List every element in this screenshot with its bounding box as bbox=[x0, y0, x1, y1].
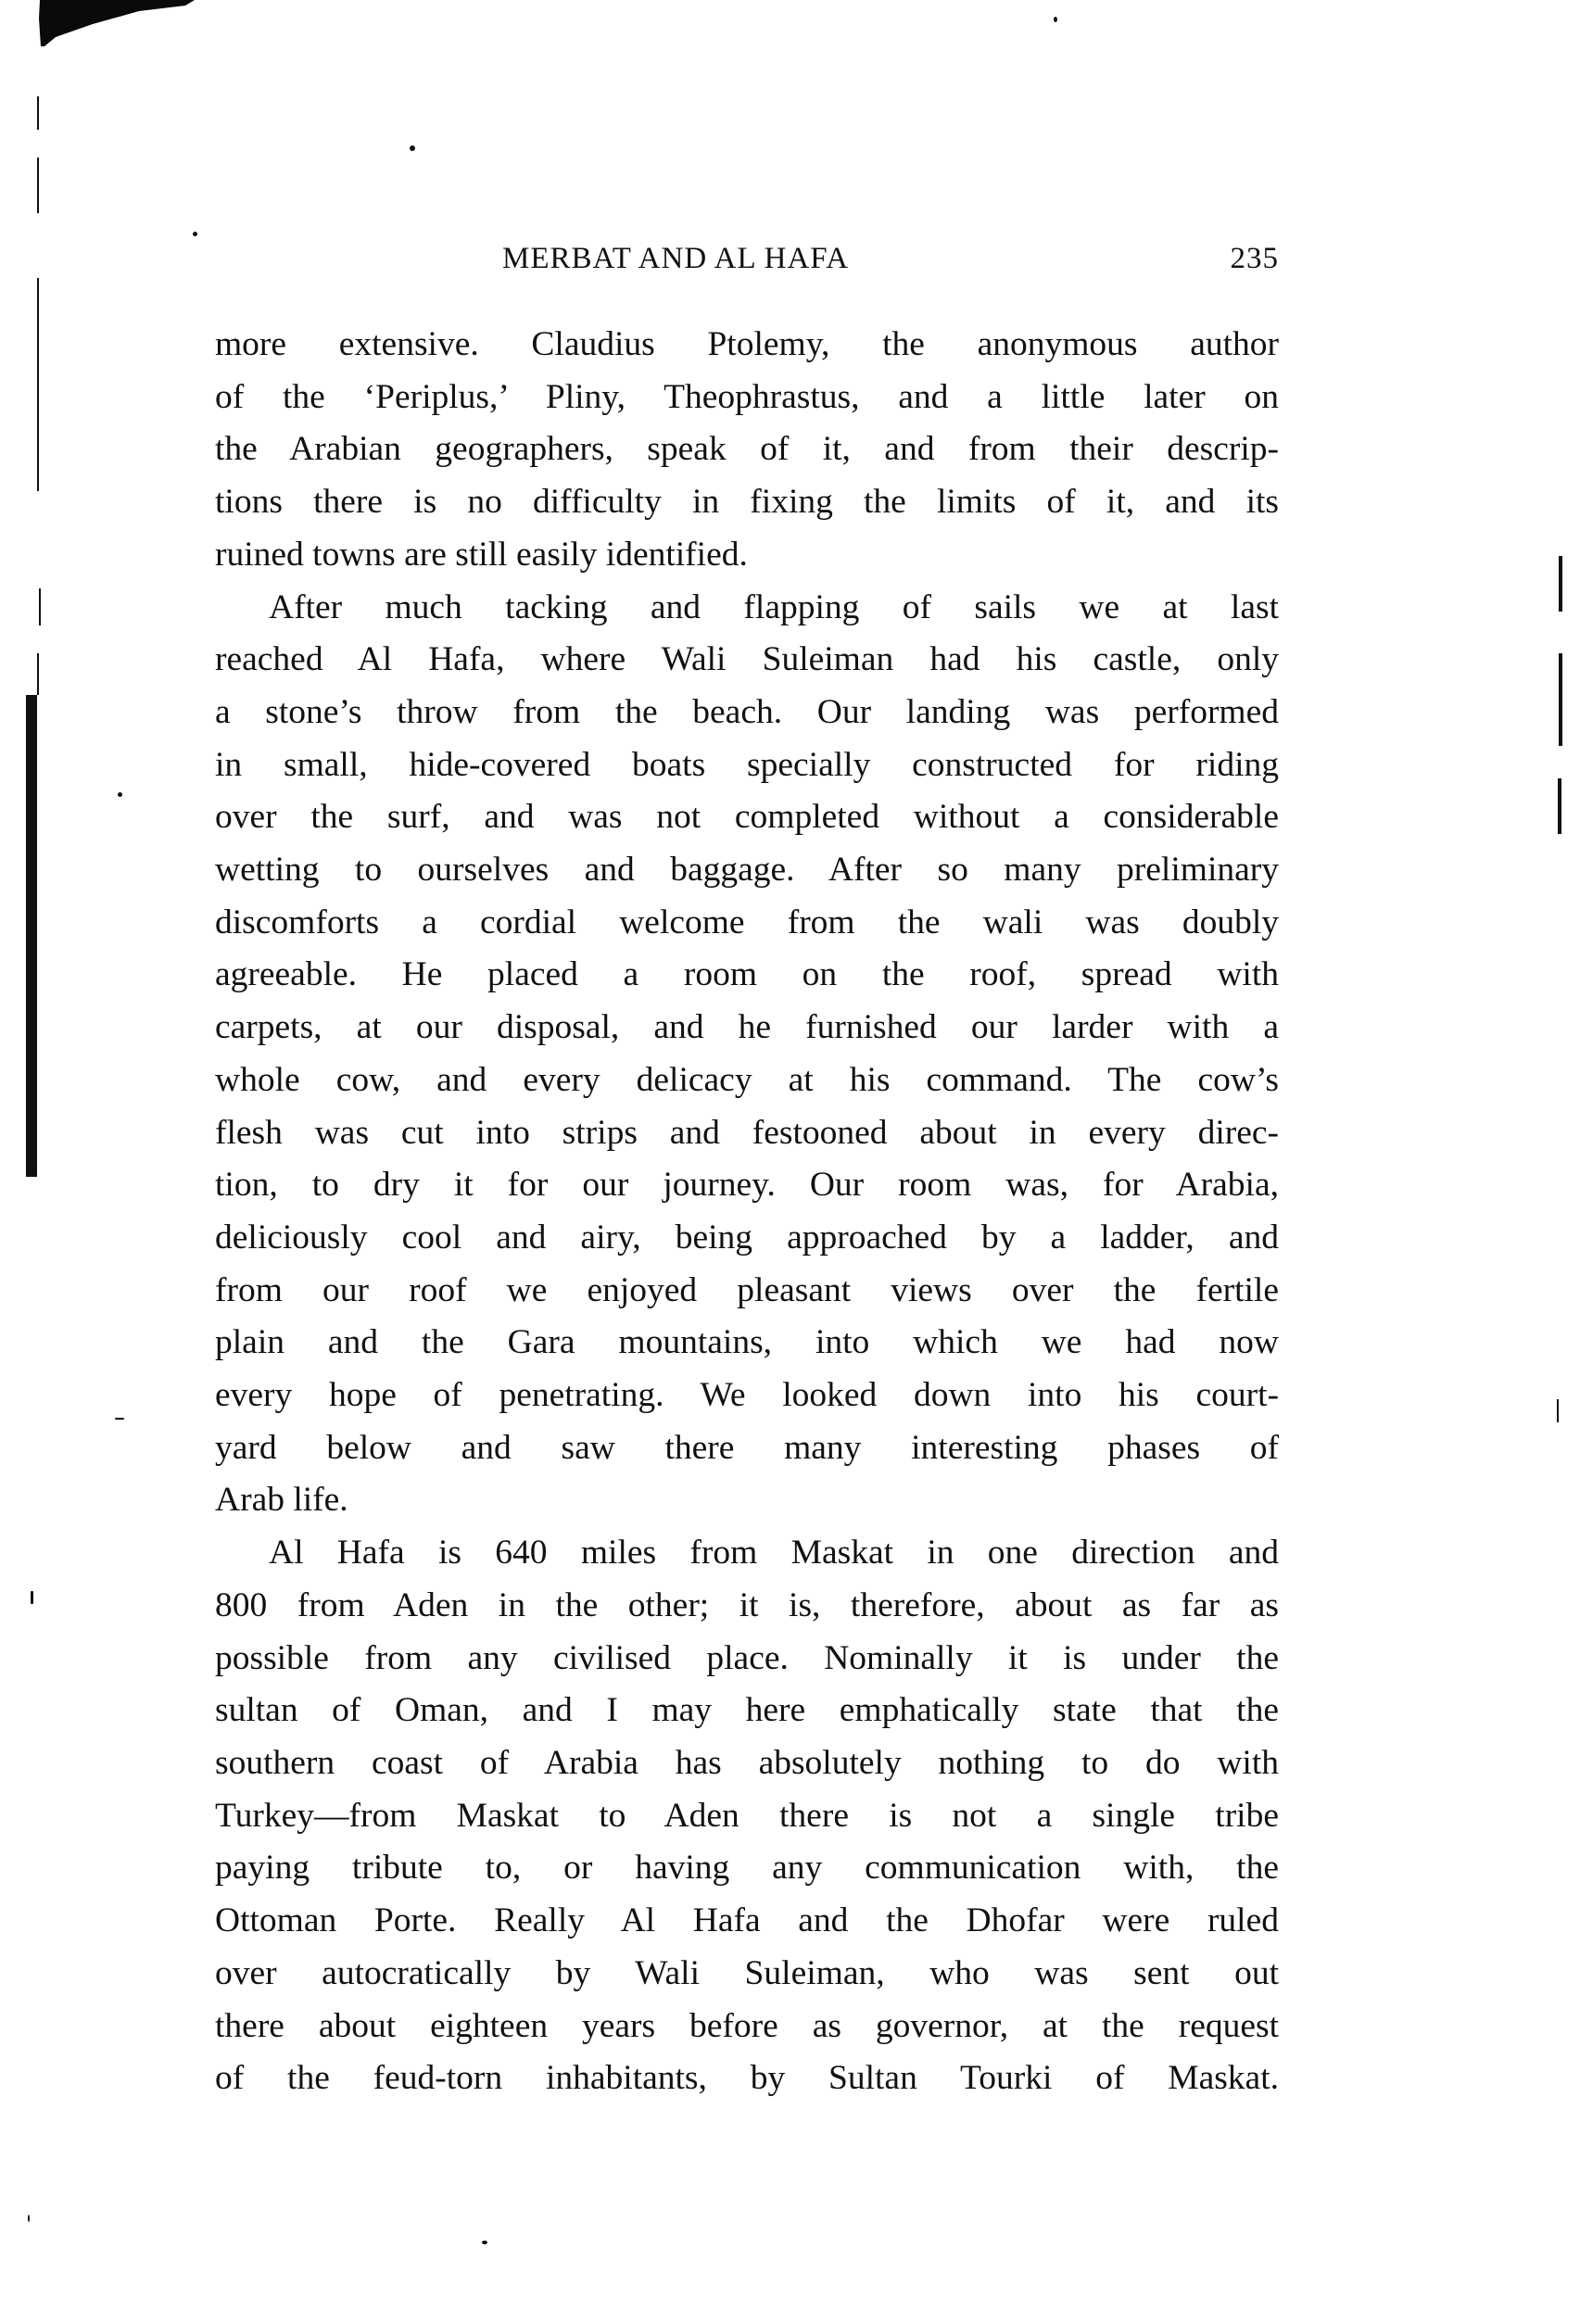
edge-mark bbox=[1559, 653, 1562, 746]
text-line: reached Al Hafa, where Wali Suleiman had… bbox=[215, 634, 1279, 687]
text-line: wetting to ourselves and baggage. After … bbox=[215, 844, 1279, 897]
ink-speck bbox=[115, 1418, 124, 1420]
text-line: discomforts a cordial welcome from the w… bbox=[215, 897, 1279, 950]
text-line: a stone’s throw from the beach. Our land… bbox=[215, 687, 1279, 739]
text-line: more extensive. Claudius Ptolemy, the an… bbox=[215, 319, 1279, 372]
ink-speck bbox=[1054, 17, 1057, 22]
ink-speck bbox=[28, 2215, 30, 2222]
ink-speck bbox=[410, 145, 415, 151]
text-line: deliciously cool and airy, being approac… bbox=[215, 1212, 1279, 1265]
text-line: possible from any civilised place. Nomin… bbox=[215, 1633, 1279, 1686]
running-title: MERBAT AND AL HAFA bbox=[502, 242, 849, 276]
binding-shadow-line bbox=[37, 158, 39, 213]
text-line: Ottoman Porte. Really Al Hafa and the Dh… bbox=[215, 1895, 1279, 1948]
text-line: Turkey—from Maskat to Aden there is not … bbox=[215, 1790, 1279, 1843]
binding-shadow-line bbox=[39, 588, 41, 625]
text-line: 800 from Aden in the other; it is, there… bbox=[215, 1580, 1279, 1633]
text-line: from our roof we enjoyed pleasant views … bbox=[215, 1265, 1279, 1318]
text-line: southern coast of Arabia has absolutely … bbox=[215, 1737, 1279, 1790]
binding-shadow-line bbox=[37, 96, 39, 130]
text-line: of the feud-torn inhabitants, by Sultan … bbox=[215, 2052, 1279, 2105]
text-line: tion, to dry it for our journey. Our roo… bbox=[215, 1159, 1279, 1212]
running-head: MERBAT AND AL HAFA 235 bbox=[215, 236, 1279, 283]
binding-shadow-line bbox=[37, 653, 39, 695]
text-line: over autocratically by Wali Suleiman, wh… bbox=[215, 1948, 1279, 2001]
body-text: more extensive. Claudius Ptolemy, the an… bbox=[215, 319, 1279, 2105]
text-line: over the surf, and was not completed wit… bbox=[215, 791, 1279, 844]
edge-mark bbox=[1559, 556, 1562, 612]
text-line: flesh was cut into strips and festooned … bbox=[215, 1107, 1279, 1160]
paragraph-3: Al Hafa is 640 miles from Maskat in one … bbox=[215, 1527, 1279, 2105]
text-line: Al Hafa is 640 miles from Maskat in one … bbox=[215, 1527, 1279, 1580]
text-line: tions there is no difficulty in fixing t… bbox=[215, 476, 1279, 529]
page-number: 235 bbox=[1231, 242, 1280, 276]
ink-speck bbox=[193, 232, 197, 236]
binding-shadow-bar bbox=[26, 695, 37, 1177]
text-line: ruined towns are still easily identified… bbox=[215, 529, 1279, 582]
book-page: MERBAT AND AL HAFA 235 more extensive. C… bbox=[215, 236, 1279, 2105]
text-line: every hope of penetrating. We looked dow… bbox=[215, 1370, 1279, 1422]
scan-corner-mark bbox=[0, 0, 195, 48]
text-line: whole cow, and every delicacy at his com… bbox=[215, 1055, 1279, 1107]
text-line: yard below and saw there many interestin… bbox=[215, 1422, 1279, 1475]
edge-mark bbox=[1558, 778, 1561, 834]
text-line: Arab life. bbox=[215, 1474, 1279, 1527]
text-line: paying tribute to, or having any communi… bbox=[215, 1842, 1279, 1895]
text-line: sultan of Oman, and I may here emphatica… bbox=[215, 1685, 1279, 1737]
text-line: After much tacking and flapping of sails… bbox=[215, 582, 1279, 635]
paragraph-2: After much tacking and flapping of sails… bbox=[215, 582, 1279, 1528]
ink-speck bbox=[482, 2241, 487, 2244]
text-line: agreeable. He placed a room on the roof,… bbox=[215, 949, 1279, 1002]
edge-mark bbox=[1557, 1399, 1559, 1422]
binding-shadow-line bbox=[37, 278, 39, 491]
text-line: carpets, at our disposal, and he furnish… bbox=[215, 1002, 1279, 1055]
text-line: in small, hide-covered boats specially c… bbox=[215, 739, 1279, 792]
text-line: there about eighteen years before as gov… bbox=[215, 2001, 1279, 2053]
text-line: of the ‘Periplus,’ Pliny, Theophrastus, … bbox=[215, 372, 1279, 424]
text-line: the Arabian geographers, speak of it, an… bbox=[215, 423, 1279, 476]
ink-speck bbox=[31, 1591, 33, 1604]
ink-speck bbox=[118, 792, 122, 797]
text-line: plain and the Gara mountains, into which… bbox=[215, 1317, 1279, 1370]
paragraph-1: more extensive. Claudius Ptolemy, the an… bbox=[215, 319, 1279, 582]
